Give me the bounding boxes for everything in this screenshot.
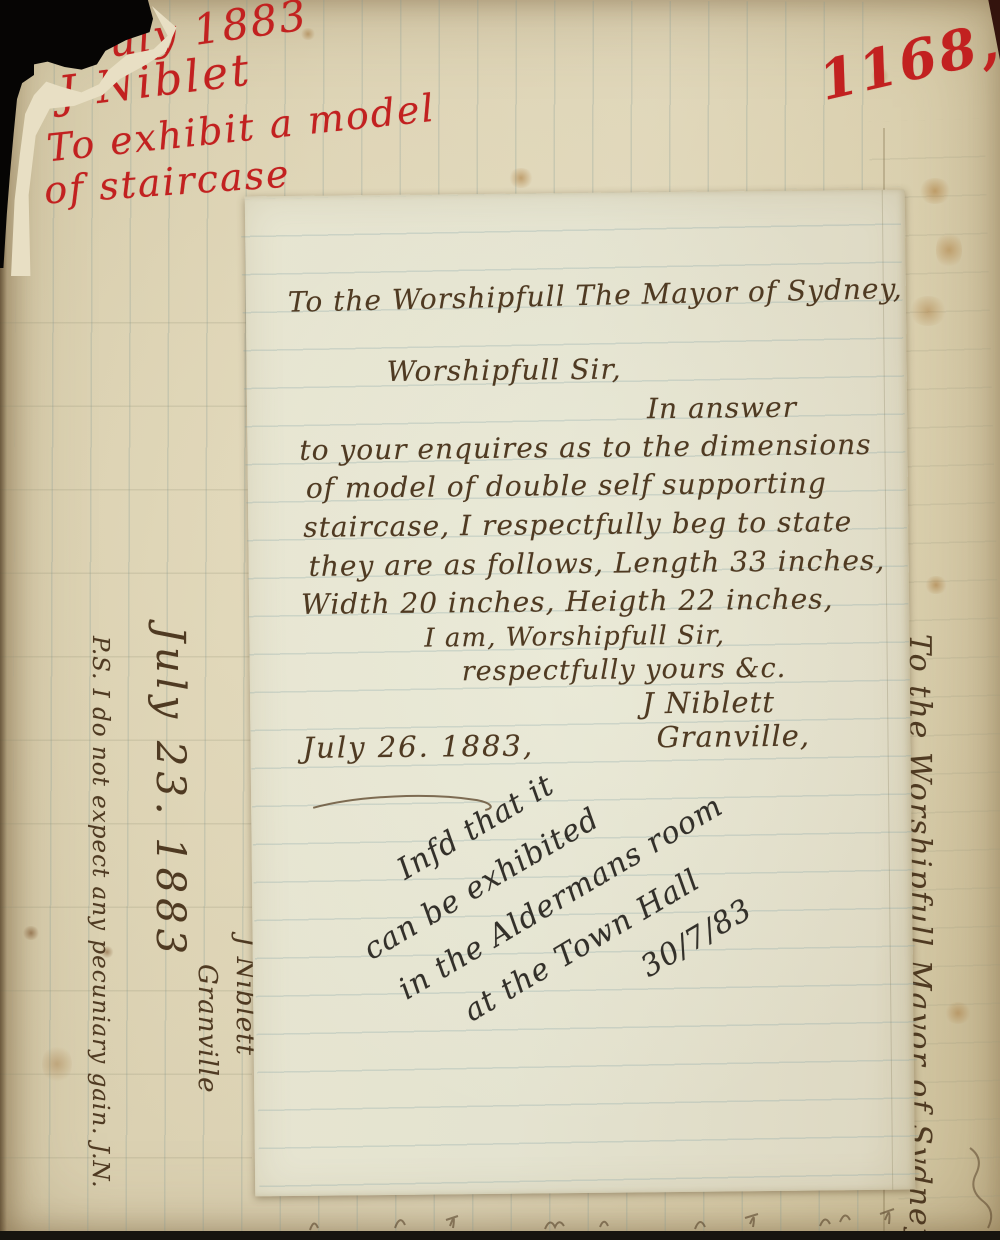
stain bbox=[22, 926, 40, 940]
scan-bottom-edge bbox=[0, 1231, 1000, 1240]
office-note: Infd that it can be exhibited in the Ald… bbox=[327, 631, 890, 1109]
stain bbox=[944, 1002, 972, 1024]
letter-greeting: Worshipfull Sir, bbox=[386, 355, 621, 388]
letter-body-line: Width 20 inches, Heigth 22 inches, bbox=[301, 584, 834, 620]
letter-body-line: staircase, I respectfully beg to state bbox=[303, 507, 852, 544]
stain bbox=[918, 178, 952, 204]
pasted-letter-sheet: To the Worshipfull The Mayor of Sydney, … bbox=[245, 190, 915, 1197]
letter-body-line: of model of double self supporting bbox=[306, 468, 827, 504]
stain bbox=[936, 230, 962, 270]
archival-letter-scan: uly 1883 J Niblet To exhibit a model of … bbox=[0, 0, 1000, 1240]
letter-date: July 26. 1883, bbox=[302, 730, 534, 764]
margin-place: Granville bbox=[188, 786, 226, 1093]
margin-date: July 23. 1883 bbox=[148, 626, 192, 959]
letter-edge-line bbox=[881, 190, 893, 1190]
stain bbox=[42, 1044, 72, 1084]
stain bbox=[908, 296, 948, 326]
letter-body-line: to your enquires as to the dimensions bbox=[299, 430, 871, 467]
letter-valediction-1: I am, Worshipfull Sir, bbox=[424, 621, 725, 653]
ink-fragments-bottom bbox=[300, 1196, 920, 1236]
ink-fragment-right bbox=[962, 1140, 996, 1236]
letter-ruled-lines bbox=[240, 187, 919, 1199]
stain bbox=[508, 168, 534, 188]
stain bbox=[924, 576, 948, 594]
letter-opening: In answer bbox=[647, 393, 797, 425]
registry-number: 1168, bbox=[814, 12, 1000, 111]
letter-body-line: they are as follows, Length 33 inches, bbox=[309, 546, 886, 583]
margin-ps-note: P.S. I do not expect any pecuniary gain.… bbox=[87, 636, 112, 1189]
letter-salutation: To the Worshipfull The Mayor of Sydney, bbox=[288, 274, 903, 319]
